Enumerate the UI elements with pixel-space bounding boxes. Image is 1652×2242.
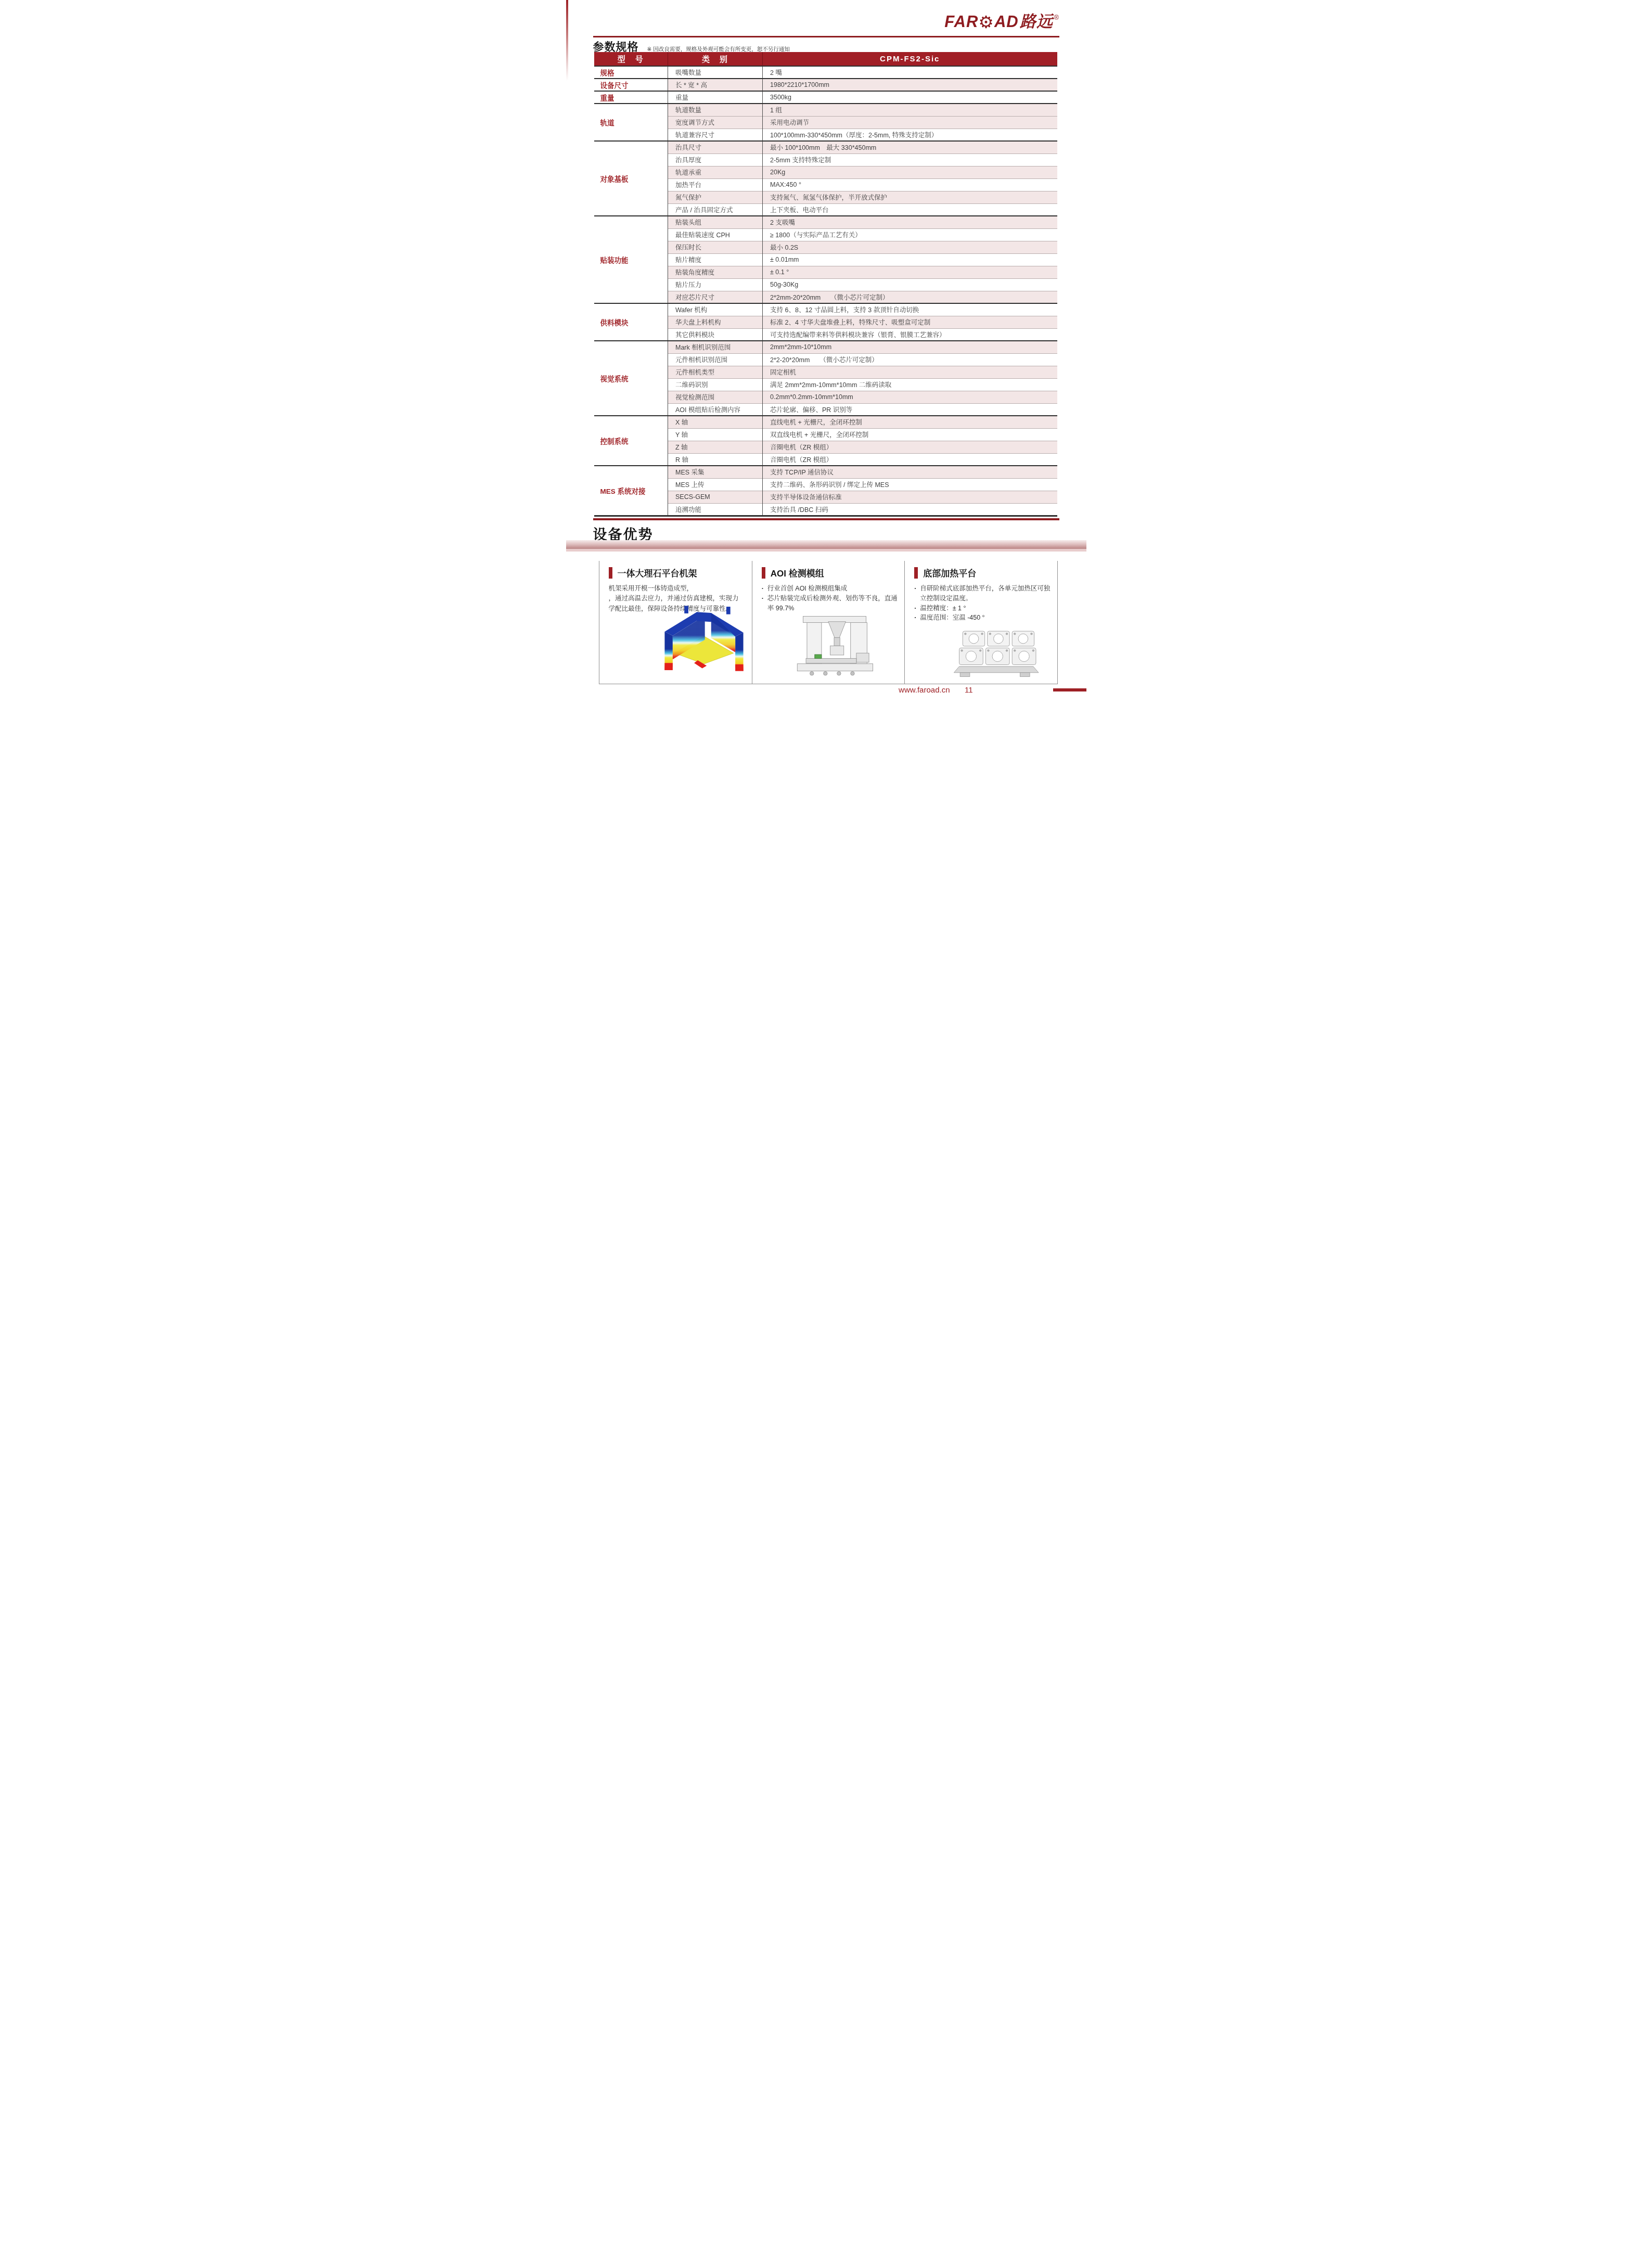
spec-category-cell: 贴装角度精度: [668, 266, 763, 278]
spec-section-label: MES 系统对接: [594, 466, 668, 516]
bullet-dot: ·: [762, 584, 767, 594]
spec-category-cell: 华夫盘上料机构: [668, 316, 763, 328]
advantages-panel: 一体大理石平台机架 机架采用开模一体铸造成型， ，通过高温去应力，并通过仿真建模…: [599, 561, 1058, 684]
spec-value-cell: 音圈电机（ZR 模组）: [763, 441, 1057, 453]
spec-value-cell: 可支持选配编带来料等供料模块兼容（银膏、银膜工艺兼容）: [763, 328, 1057, 341]
spec-category-cell: Y 轴: [668, 428, 763, 441]
spec-category-cell: MES 采集: [668, 466, 763, 478]
logo-text-ad: AD: [994, 12, 1019, 31]
table-row: 设备尺寸 长 * 宽 * 高 1980*2210*1700mm: [594, 79, 1057, 91]
table-row: 贴装功能 贴装头组 2 支吸嘴: [594, 216, 1057, 228]
spec-value-cell: 2 嘴: [763, 66, 1057, 79]
spec-category-cell: 其它供料模块: [668, 328, 763, 341]
red-bar-icon: [914, 567, 918, 579]
spec-value-cell: 采用电动调节: [763, 116, 1057, 129]
table-row: 重量 重量 3500kg: [594, 91, 1057, 104]
red-bar-icon: [609, 567, 612, 579]
advantage-heading: 底部加热平台: [914, 566, 1052, 579]
aoi-module-image: [783, 612, 887, 683]
spec-category-cell: 视觉检测范围: [668, 391, 763, 403]
spec-value-cell: ± 0.1 °: [763, 266, 1057, 278]
spec-category-cell: 轨道兼容尺寸: [668, 129, 763, 141]
bullet-item: ·温度范围：室温 -450 °: [914, 613, 1052, 623]
bullet-item: ·行业首创 AOI 检测模组集成: [762, 584, 899, 594]
spec-category-cell: 追溯功能: [668, 503, 763, 516]
spec-value-cell: 支持 6、8、12 寸晶圆上料，支持 3 款顶针自动切换: [763, 303, 1057, 316]
spec-value-cell: 标准 2、4 寸华夫盘堆叠上料，特殊尺寸、吸塑盒可定制: [763, 316, 1057, 328]
table-row: 控制系统 X 轴 直线电机 + 光栅尺，全闭环控制: [594, 416, 1057, 428]
spec-value-cell: ≥ 1800（与实际产品工艺有关）: [763, 228, 1057, 241]
spec-category-cell: 元件相机类型: [668, 366, 763, 378]
spec-category-cell: SECS-GEM: [668, 491, 763, 503]
spec-section-label: 贴装功能: [594, 216, 668, 303]
bottom-heating-platform-image: [946, 629, 1044, 681]
spec-category-cell: 保压时长: [668, 241, 763, 253]
spec-category-cell: MES 上传: [668, 478, 763, 491]
spec-category-cell: Z 轴: [668, 441, 763, 453]
spec-category-cell: Mark 相机识别范围: [668, 341, 763, 353]
spec-category-cell: 长 * 宽 * 高: [668, 79, 763, 91]
spec-category-cell: 轨道数量: [668, 104, 763, 116]
spec-value-cell: 1980*2210*1700mm: [763, 79, 1057, 91]
table-row: MES 系统对接 MES 采集 支持 TCP/IP 通信协议: [594, 466, 1057, 478]
spec-value-cell: 2mm*2mm-10*10mm: [763, 341, 1057, 353]
spec-section-label: 设备尺寸: [594, 79, 668, 91]
bullet-dot: ·: [914, 604, 920, 613]
spec-category-cell: R 轴: [668, 453, 763, 466]
header-rule: [593, 36, 1059, 37]
spec-value-cell: 支持氮气、氮氢气体保护，半开放式保护: [763, 191, 1057, 203]
spec-value-cell: 固定相机: [763, 366, 1057, 378]
spec-category-cell: 宽度调节方式: [668, 116, 763, 129]
table-row: 规格 吸嘴数量 2 嘴: [594, 66, 1057, 79]
spec-section-label: 轨道: [594, 104, 668, 141]
header-model-value: CPM-FS2-Sic: [763, 52, 1057, 66]
bullet-item: ·自研阶梯式底部加热平台，各单元加热区可独立控制设定温度。: [914, 584, 1052, 604]
advantage-column-heater: 底部加热平台 ·自研阶梯式底部加热平台，各单元加热区可独立控制设定温度。 ·温控…: [904, 561, 1057, 684]
spec-value-cell: 支持治具 /DBC 扫码: [763, 503, 1057, 516]
advantage-title: 底部加热平台: [923, 566, 976, 579]
spec-category-cell: 轨道承重: [668, 166, 763, 178]
table-row: 对象基板 治具尺寸 最小 100*100mm 最大 330*450mm: [594, 141, 1057, 153]
spec-category-cell: 元件相机识别范围: [668, 353, 763, 366]
spec-value-cell: 1 组: [763, 104, 1057, 116]
spec-value-cell: 2-5mm 支持特殊定制: [763, 153, 1057, 166]
spec-value-cell: 20Kg: [763, 166, 1057, 178]
bullet-dot: ·: [914, 584, 920, 604]
spec-category-cell: Wafer 机构: [668, 303, 763, 316]
table-row: 供料模块 Wafer 机构 支持 6、8、12 寸晶圆上料，支持 3 款顶针自动…: [594, 303, 1057, 316]
spec-table: 型 号 类 别 CPM-FS2-Sic 规格 吸嘴数量 2 嘴 设备尺寸 长 *…: [594, 52, 1057, 517]
bullet-item: ·温控精度：± 1 °: [914, 604, 1052, 613]
spec-value-cell: 满足 2mm*2mm-10mm*10mm 二维码读取: [763, 378, 1057, 391]
spec-section-label: 重量: [594, 91, 668, 104]
website-link[interactable]: www.faroad.cn: [899, 686, 950, 695]
catalog-page: FAR⚙AD路远® 参数规格 ※ 因改良需要，规格及外观可能会有所变更，恕不另行…: [566, 0, 1086, 706]
spec-value-cell: 直线电机 + 光栅尺，全闭环控制: [763, 416, 1057, 428]
page-number: 11: [965, 686, 973, 695]
advantage-column-aoi: AOI 检测模组 ·行业首创 AOI 检测模组集成 ·芯片贴装完成后检测外观、划…: [752, 561, 904, 684]
red-bar-icon: [762, 567, 765, 579]
advantage-column-marble: 一体大理石平台机架 机架采用开模一体铸造成型， ，通过高温去应力，并通过仿真建模…: [599, 561, 752, 684]
gear-icon: ⚙: [978, 12, 994, 32]
page-footer: www.faroad.cn 11: [566, 685, 1086, 696]
spec-category-cell: AOI 模组贴后检测内容: [668, 403, 763, 416]
table-row: 视觉系统 Mark 相机识别范围 2mm*2mm-10*10mm: [594, 341, 1057, 353]
advantages-gradient-band: [566, 540, 1086, 552]
footer-accent-bar: [1053, 688, 1086, 691]
table-row: 轨道 轨道数量 1 组: [594, 104, 1057, 116]
spec-category-cell: 贴片精度: [668, 253, 763, 266]
header-model: 型 号: [594, 52, 668, 66]
spec-value-cell: 上下夹板、电动平台: [763, 203, 1057, 216]
spec-value-cell: 100*100mm-330*450mm（厚度：2-5mm, 特殊支持定制）: [763, 129, 1057, 141]
spec-section-label: 视觉系统: [594, 341, 668, 416]
advantage-title: 一体大理石平台机架: [618, 566, 697, 579]
spec-value-cell: 最小 100*100mm 最大 330*450mm: [763, 141, 1057, 153]
logo-text-cn: 路远: [1020, 12, 1053, 31]
spec-category-cell: X 轴: [668, 416, 763, 428]
spec-category-cell: 吸嘴数量: [668, 66, 763, 79]
left-edge-accent-strip: [566, 0, 568, 81]
advantage-title: AOI 检测模组: [771, 566, 824, 579]
spec-section-label: 对象基板: [594, 141, 668, 216]
spec-category-cell: 二维码识别: [668, 378, 763, 391]
spec-value-cell: 0.2mm*0.2mm-10mm*10mm: [763, 391, 1057, 403]
spec-section-label: 规格: [594, 66, 668, 79]
spec-value-cell: 音圈电机（ZR 模组）: [763, 453, 1057, 466]
section-divider-rule: [593, 518, 1059, 520]
spec-value-cell: 3500kg: [763, 91, 1057, 104]
spec-value-cell: ± 0.01mm: [763, 253, 1057, 266]
spec-value-cell: 双直线电机 + 光栅尺，全闭环控制: [763, 428, 1057, 441]
spec-value-cell: 最小 0.2S: [763, 241, 1057, 253]
logo-text-far: FAR: [944, 12, 978, 31]
marble-frame-fea-image: [659, 600, 749, 676]
spec-value-cell: 2*2mm-20*20mm （微小芯片可定制）: [763, 291, 1057, 303]
spec-value-cell: 50g-30Kg: [763, 278, 1057, 291]
advantage-bullets: ·行业首创 AOI 检测模组集成 ·芯片贴装完成后检测外观、划伤等不良，直通率 …: [762, 584, 899, 613]
spec-value-cell: 2*2-20*20mm （微小芯片可定制）: [763, 353, 1057, 366]
spec-category-cell: 氮气保护: [668, 191, 763, 203]
bullet-item: ·芯片贴装完成后检测外观、划伤等不良，直通率 99.7%: [762, 594, 899, 613]
advantage-bullets: ·自研阶梯式底部加热平台，各单元加热区可独立控制设定温度。 ·温控精度：± 1 …: [914, 584, 1052, 623]
registered-mark: ®: [1054, 14, 1059, 21]
spec-value-cell: MAX:450 °: [763, 178, 1057, 191]
bullet-dot: ·: [914, 613, 920, 623]
spec-value-cell: 支持半导体设备通信标准: [763, 491, 1057, 503]
spec-section-label: 控制系统: [594, 416, 668, 466]
spec-category-cell: 治具尺寸: [668, 141, 763, 153]
header-category: 类 别: [668, 52, 763, 66]
spec-value-cell: 2 支吸嘴: [763, 216, 1057, 228]
spec-category-cell: 最佳贴装速度 CPH: [668, 228, 763, 241]
spec-section-label: 供料模块: [594, 303, 668, 341]
spec-category-cell: 治具厚度: [668, 153, 763, 166]
spec-category-cell: 产品 / 治具固定方式: [668, 203, 763, 216]
spec-value-cell: 支持二维码、条形码识别 / 绑定上传 MES: [763, 478, 1057, 491]
spec-category-cell: 重量: [668, 91, 763, 104]
spec-category-cell: 加热平台: [668, 178, 763, 191]
spec-value-cell: 支持 TCP/IP 通信协议: [763, 466, 1057, 478]
spec-category-cell: 贴片压力: [668, 278, 763, 291]
advantage-heading: AOI 检测模组: [762, 566, 899, 579]
bullet-dot: ·: [762, 594, 767, 613]
spec-category-cell: 贴装头组: [668, 216, 763, 228]
advantage-heading: 一体大理石平台机架: [609, 566, 747, 579]
spec-value-cell: 芯片轮廓、偏移、PR 识别等: [763, 403, 1057, 416]
table-header-row: 型 号 类 别 CPM-FS2-Sic: [594, 52, 1057, 66]
faroad-logo: FAR⚙AD路远®: [944, 8, 1059, 32]
spec-category-cell: 对应芯片尺寸: [668, 291, 763, 303]
